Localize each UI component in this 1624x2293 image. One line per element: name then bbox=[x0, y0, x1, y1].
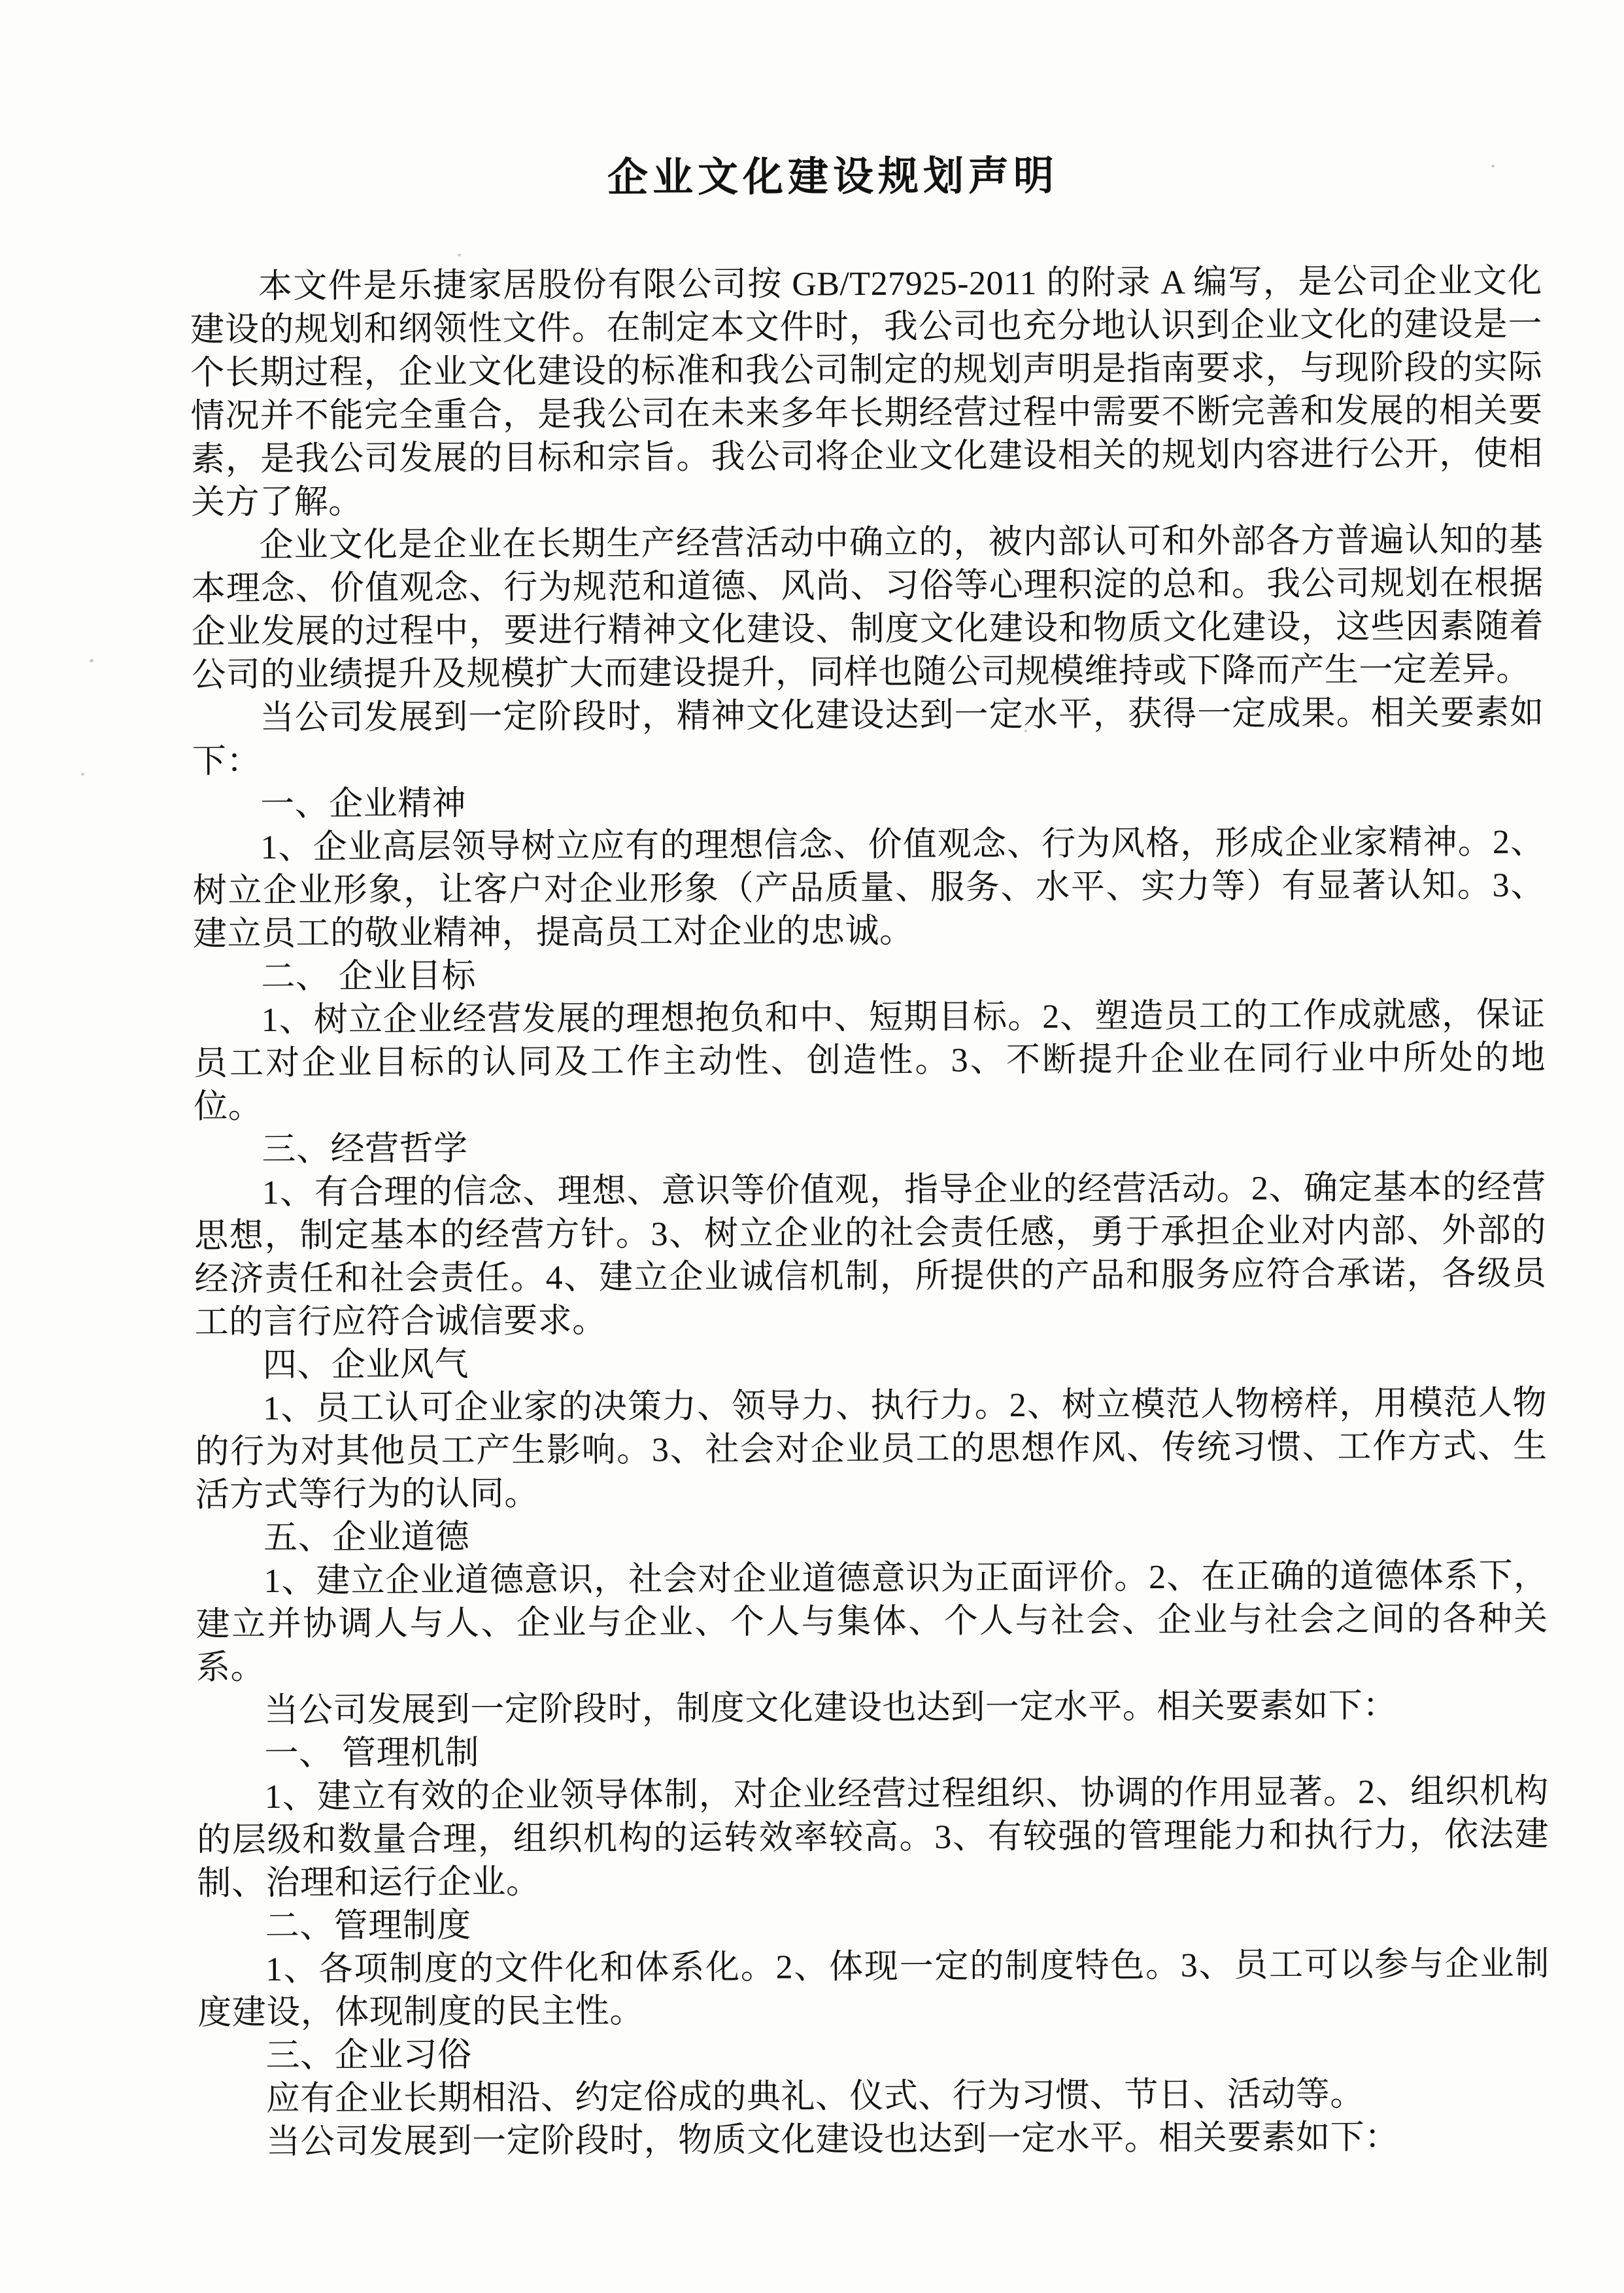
paragraph-spirit-items: 1、企业高层领导树立应有的理想信念、价值观念、行为风格，形成企业家精神。2、树立… bbox=[192, 821, 1545, 956]
paragraph-intro-1: 本文件是乐捷家居股份有限公司按 GB/T27925-2011 的附录 A 编写，… bbox=[190, 260, 1544, 524]
paragraph-customs-items: 应有企业长期相沿、约定俗成的典礼、仪式、行为习惯、节日、活动等。 bbox=[198, 2072, 1550, 2121]
section-heading-ethos: 四、企业风气 bbox=[195, 1338, 1547, 1387]
paragraph-intro-2: 企业文化是企业在长期生产经营活动中确立的，被内部认可和外部各方普遍认知的基本理念… bbox=[191, 518, 1544, 697]
scan-speck bbox=[90, 659, 93, 662]
paragraph-management-system-items: 1、各项制度的文件化和体系化。2、体现一定的制度特色。3、员工可以参与企业制度建… bbox=[197, 1943, 1550, 2035]
section-heading-philosophy: 三、经营哲学 bbox=[194, 1123, 1546, 1172]
paragraph-goals-items: 1、树立企业经营发展的理想抱负和中、短期目标。2、塑造员工的工作成就感，保证员工… bbox=[194, 993, 1546, 1129]
paragraph-material-lead: 当公司发展到一定阶段时，物质文化建设也达到一定水平。相关要素如下： bbox=[198, 2115, 1550, 2164]
section-heading-goals: 二、 企业目标 bbox=[193, 950, 1545, 999]
paragraph-spirit-lead: 当公司发展到一定阶段时，精神文化建设达到一定水平，获得一定成果。相关要素如下： bbox=[192, 691, 1545, 783]
paragraph-morality-items: 1、建立企业道德意识，社会对企业道德意识为正面评价。2、在正确的道德体系下，建立… bbox=[195, 1554, 1548, 1690]
scan-speck bbox=[81, 773, 84, 775]
section-heading-management-system: 二、管理制度 bbox=[197, 1899, 1549, 1948]
section-heading-morality: 五、企业道德 bbox=[195, 1511, 1548, 1560]
paragraph-management-mechanism-items: 1、建立有效的企业领导体制，对企业经营过程组织、协调的作用显著。2、组织机构的层… bbox=[197, 1770, 1549, 1905]
scanned-document-page: 企业文化建设规划声明 本文件是乐捷家居股份有限公司按 GB/T27925-201… bbox=[0, 0, 1624, 2293]
document-content: 企业文化建设规划声明 本文件是乐捷家居股份有限公司按 GB/T27925-201… bbox=[189, 0, 1551, 2293]
section-heading-customs: 三、企业习俗 bbox=[197, 2029, 1549, 2078]
section-heading-spirit: 一、企业精神 bbox=[192, 777, 1544, 826]
document-body: 本文件是乐捷家居股份有限公司按 GB/T27925-2011 的附录 A 编写，… bbox=[190, 260, 1551, 2164]
section-heading-management-mechanism: 一、 管理机制 bbox=[196, 1727, 1548, 1776]
paragraph-ethos-items: 1、员工认可企业家的决策力、领导力、执行力。2、树立模范人物榜样，用模范人物的行… bbox=[195, 1382, 1548, 1517]
paragraph-institution-lead: 当公司发展到一定阶段时，制度文化建设也达到一定水平。相关要素如下： bbox=[196, 1684, 1548, 1733]
document-title: 企业文化建设规划声明 bbox=[157, 148, 1509, 207]
paragraph-philosophy-items: 1、有合理的信念、理想、意识等价值观，指导企业的经营活动。2、确定基本的经营思想… bbox=[194, 1166, 1547, 1344]
